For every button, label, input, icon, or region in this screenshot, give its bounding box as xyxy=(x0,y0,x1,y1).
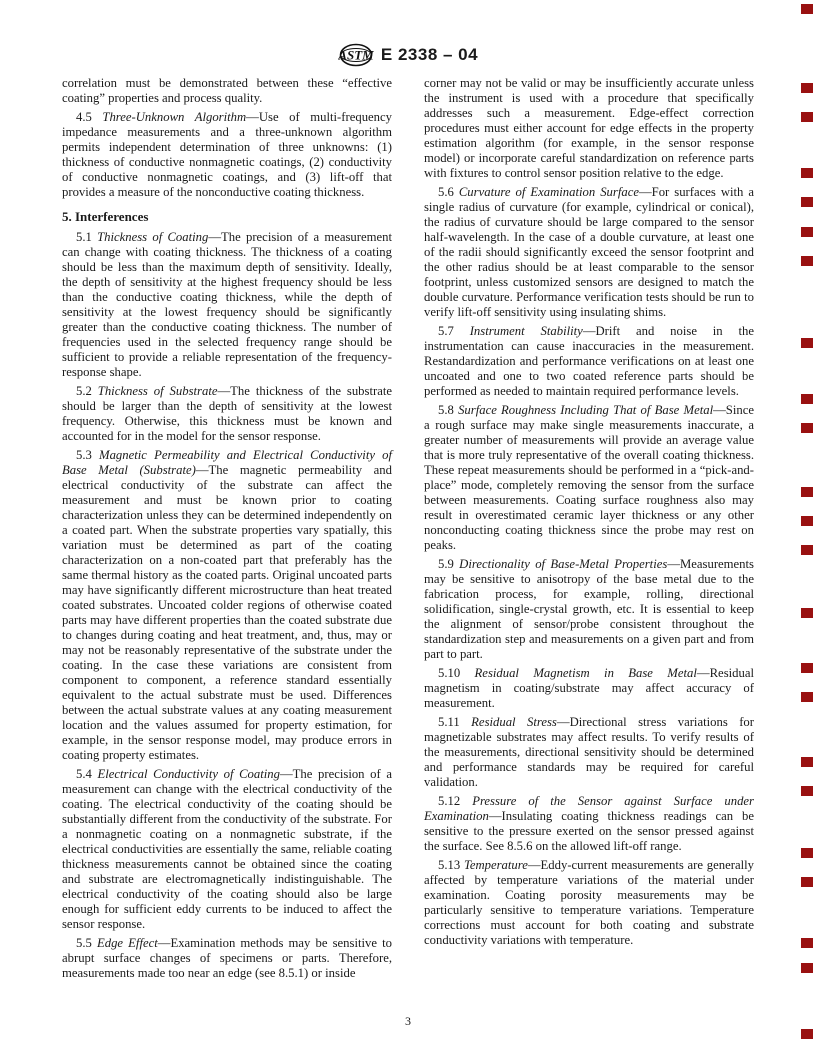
clause-title: Residual Magnetism in Base Metal xyxy=(460,666,697,680)
paragraph-5-11: 5.11 Residual Stress—Directional stress … xyxy=(424,715,754,790)
clause-number: 5.13 xyxy=(438,858,460,872)
paragraph-continuation: correlation must be demonstrated between… xyxy=(62,76,392,106)
page-number: 3 xyxy=(405,1014,411,1028)
clause-number: 5.6 xyxy=(438,185,454,199)
paragraph-text: corner may not be valid or may be insuff… xyxy=(424,76,754,180)
clause-title: Temperature xyxy=(460,858,528,872)
paragraph-5-7: 5.7 Instrument Stability—Drift and noise… xyxy=(424,324,754,399)
paragraph-5-2: 5.2 Thickness of Substrate—The thickness… xyxy=(62,384,392,444)
svg-text:ASTM: ASTM xyxy=(338,48,374,63)
clause-number: 5.11 xyxy=(438,715,460,729)
clause-number: 5.10 xyxy=(438,666,460,680)
change-mark xyxy=(801,877,813,887)
change-mark xyxy=(801,4,813,14)
paragraph-5-10: 5.10 Residual Magnetism in Base Metal—Re… xyxy=(424,666,754,711)
clause-number: 5.7 xyxy=(438,324,454,338)
clause-number: 5.2 xyxy=(76,384,92,398)
change-mark xyxy=(801,423,813,433)
right-column: corner may not be valid or may be insuff… xyxy=(424,76,754,985)
paragraph-continuation: corner may not be valid or may be insuff… xyxy=(424,76,754,181)
clause-title: Curvature of Examination Surface xyxy=(454,185,639,199)
clause-number: 5.4 xyxy=(76,767,92,781)
paragraph-5-12: 5.12 Pressure of the Sensor against Surf… xyxy=(424,794,754,854)
clause-number: 5.9 xyxy=(438,557,454,571)
page: ASTM E 2338 – 04 correlation must be dem… xyxy=(0,0,816,1056)
paragraph-5-9: 5.9 Directionality of Base-Metal Propert… xyxy=(424,557,754,662)
page-footer: 3 xyxy=(0,1014,816,1029)
paragraph-5-3: 5.3 Magnetic Permeability and Electrical… xyxy=(62,448,392,763)
clause-number: 5.12 xyxy=(438,794,460,808)
paragraph-5-4: 5.4 Electrical Conductivity of Coating—T… xyxy=(62,767,392,932)
change-mark xyxy=(801,938,813,948)
clause-title: Thickness of Substrate xyxy=(92,384,218,398)
clause-text: —For surfaces with a single radius of cu… xyxy=(424,185,754,319)
paragraph-4-5: 4.5 Three-Unknown Algorithm—Use of multi… xyxy=(62,110,392,200)
clause-title: Directionality of Base-Metal Properties xyxy=(454,557,667,571)
left-column: correlation must be demonstrated between… xyxy=(62,76,392,985)
clause-text: —The precision of a measurement can chan… xyxy=(62,767,392,931)
clause-number: 4.5 xyxy=(76,110,92,124)
clause-text: —The magnetic permeability and electrica… xyxy=(62,463,392,762)
clause-title: Three-Unknown Algorithm xyxy=(92,110,246,124)
standard-designation: E 2338 – 04 xyxy=(381,45,478,65)
clause-title: Edge Effect xyxy=(92,936,158,950)
two-column-text: correlation must be demonstrated between… xyxy=(62,76,754,985)
change-mark xyxy=(801,663,813,673)
astm-logo-icon: ASTM xyxy=(338,42,374,68)
change-mark xyxy=(801,692,813,702)
change-mark xyxy=(801,487,813,497)
clause-number: 5.8 xyxy=(438,403,454,417)
change-mark xyxy=(801,227,813,237)
clause-number: 5.3 xyxy=(76,448,92,462)
change-mark xyxy=(801,83,813,93)
clause-text: —The precision of a measurement can chan… xyxy=(62,230,392,379)
paragraph-5-5: 5.5 Edge Effect—Examination methods may … xyxy=(62,936,392,981)
clause-number: 5.1 xyxy=(76,230,92,244)
paragraph-5-1: 5.1 Thickness of Coating—The precision o… xyxy=(62,230,392,380)
paragraph-5-6: 5.6 Curvature of Examination Surface—For… xyxy=(424,185,754,320)
change-mark xyxy=(801,608,813,618)
change-mark xyxy=(801,197,813,207)
clause-text: —Since a rough surface may make single m… xyxy=(424,403,754,552)
clause-title: Instrument Stability xyxy=(454,324,583,338)
change-mark xyxy=(801,786,813,796)
page-header: ASTM E 2338 – 04 xyxy=(0,42,816,68)
clause-number: 5.5 xyxy=(76,936,92,950)
change-mark xyxy=(801,963,813,973)
change-mark xyxy=(801,338,813,348)
clause-title: Electrical Conductivity of Coating xyxy=(92,767,280,781)
change-mark xyxy=(801,516,813,526)
clause-title: Residual Stress xyxy=(460,715,557,729)
paragraph-5-13: 5.13 Temperature—Eddy-current measuremen… xyxy=(424,858,754,948)
paragraph-5-8: 5.8 Surface Roughness Including That of … xyxy=(424,403,754,553)
clause-title: Thickness of Coating xyxy=(92,230,208,244)
clause-title: Surface Roughness Including That of Base… xyxy=(454,403,713,417)
change-mark xyxy=(801,112,813,122)
change-mark xyxy=(801,1029,813,1039)
section-heading-interferences: 5. Interferences xyxy=(62,209,392,224)
change-mark xyxy=(801,757,813,767)
clause-text: —Measurements may be sensitive to anisot… xyxy=(424,557,754,661)
paragraph-text: correlation must be demonstrated between… xyxy=(62,76,392,105)
change-mark xyxy=(801,168,813,178)
change-mark xyxy=(801,256,813,266)
change-mark xyxy=(801,394,813,404)
change-mark xyxy=(801,545,813,555)
change-mark xyxy=(801,848,813,858)
